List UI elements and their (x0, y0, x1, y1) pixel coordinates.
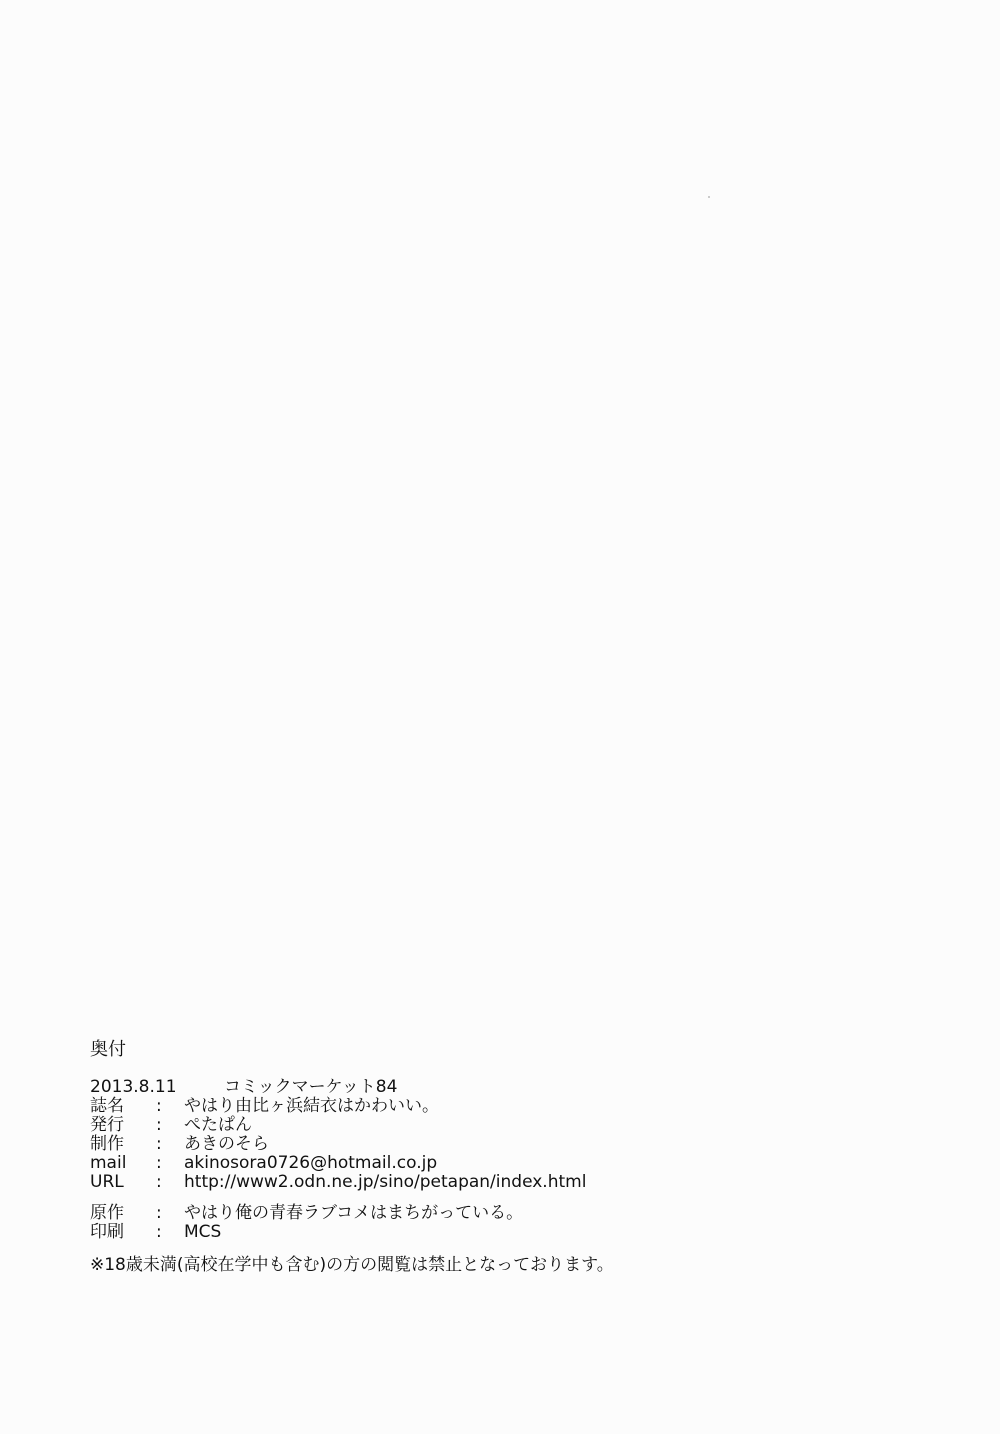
row-label: 原作 (90, 1204, 156, 1223)
row-colon: : (156, 1173, 184, 1192)
row-label: 誌名 (90, 1097, 156, 1116)
email-address: akinosora0726@hotmail.co.jp (184, 1154, 437, 1173)
paper-speck (708, 196, 710, 198)
row-value: ぺたぱん (184, 1116, 252, 1135)
event-line: 2013.8.11コミックマーケット84 (90, 1078, 614, 1097)
page: 奥付 2013.8.11コミックマーケット84 誌名 : やはり由比ヶ浜結衣はか… (0, 0, 1000, 1434)
row-url: URL : http://www2.odn.ne.jp/sino/petapan… (90, 1173, 614, 1192)
row-colon: : (156, 1223, 184, 1242)
row-publisher: 発行 : ぺたぱん (90, 1116, 614, 1135)
colophon-heading: 奥付 (90, 1040, 614, 1064)
row-label: 発行 (90, 1116, 156, 1135)
row-title: 誌名 : やはり由比ヶ浜結衣はかわいい。 (90, 1097, 614, 1116)
row-author: 制作 : あきのそら (90, 1135, 614, 1154)
row-original-work: 原作 : やはり俺の青春ラブコメはまちがっている。 (90, 1204, 614, 1223)
row-colon: : (156, 1154, 184, 1173)
event-name: コミックマーケット84 (224, 1077, 397, 1097)
row-colon: : (156, 1204, 184, 1223)
row-label: URL (90, 1173, 156, 1192)
row-mail: mail : akinosora0726@hotmail.co.jp (90, 1154, 614, 1173)
age-restriction-notice: ※18歳未満(高校在学中も含む)の方の閲覧は禁止となっております。 (90, 1256, 614, 1275)
row-printer: 印刷 : MCS (90, 1223, 614, 1242)
row-label: mail (90, 1154, 156, 1173)
website-url: http://www2.odn.ne.jp/sino/petapan/index… (184, 1173, 586, 1192)
row-value: あきのそら (184, 1135, 269, 1154)
row-colon: : (156, 1097, 184, 1116)
colophon: 奥付 2013.8.11コミックマーケット84 誌名 : やはり由比ヶ浜結衣はか… (90, 1040, 614, 1275)
row-label: 制作 (90, 1135, 156, 1154)
row-colon: : (156, 1135, 184, 1154)
event-date: 2013.8.11 (90, 1078, 224, 1097)
row-colon: : (156, 1116, 184, 1135)
row-label: 印刷 (90, 1223, 156, 1242)
row-value: MCS (184, 1223, 221, 1242)
row-value: やはり俺の青春ラブコメはまちがっている。 (184, 1204, 523, 1223)
row-value: やはり由比ヶ浜結衣はかわいい。 (184, 1097, 439, 1116)
